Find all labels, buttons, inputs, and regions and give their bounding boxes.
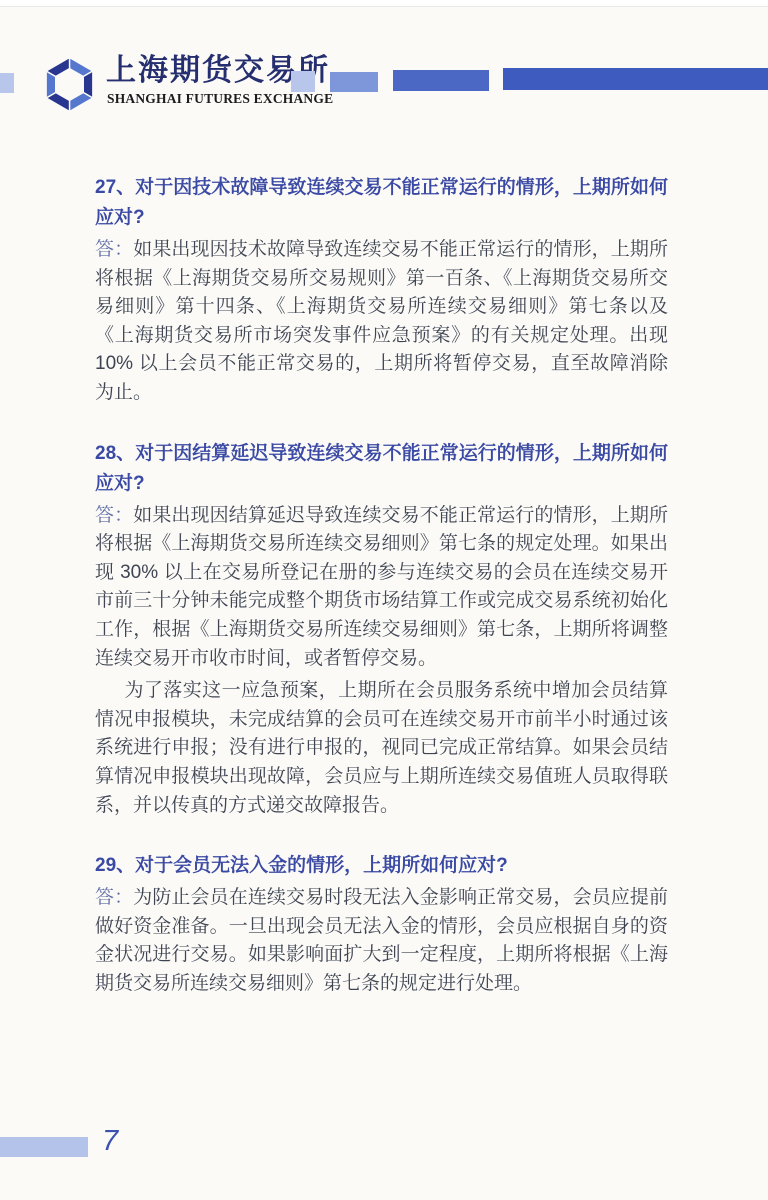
deco-square-light (291, 71, 315, 92)
page-number: 7 (102, 1124, 118, 1158)
deco-bar-long (503, 68, 768, 90)
answer-label: 答： (95, 505, 133, 526)
answer-paragraph: 答：为防止会员在连续交易时段无法入金影响正常交易，会员应提前做好资金准备。一旦出… (95, 884, 668, 998)
page-top-edge (0, 0, 768, 7)
question-heading: 27、对于因技术故障导致连续交易不能正常运行的情形，上期所如何应对? (95, 173, 668, 233)
faq-list: 27、对于因技术故障导致连续交易不能正常运行的情形，上期所如何应对?答：如果出现… (95, 173, 668, 1029)
footer-deco-bar (0, 1137, 88, 1157)
faq-section: 29、对于会员无法入金的情形，上期所如何应对?答：为防止会员在连续交易时段无法入… (95, 851, 668, 998)
faq-section: 28、对于因结算延迟导致连续交易不能正常运行的情形，上期所如何应对?答：如果出现… (95, 439, 668, 821)
deco-edge-square (0, 73, 14, 93)
answer-paragraph: 答：如果出现因结算延迟导致连续交易不能正常运行的情形，上期所将根据《上海期货交易… (95, 502, 668, 674)
shfe-logo-icon (42, 55, 97, 114)
deco-square-medium (330, 72, 378, 92)
faq-section: 27、对于因技术故障导致连续交易不能正常运行的情形，上期所如何应对?答：如果出现… (95, 173, 668, 408)
answer-label: 答： (95, 239, 133, 260)
answer-label: 答： (95, 887, 133, 908)
deco-rect-strong (393, 70, 489, 91)
scanned-document-page: 上海期货交易所 SHANGHAI FUTURES EXCHANGE 27、对于因… (0, 0, 768, 1200)
answer-paragraph: 为了落实这一应急预案，上期所在会员服务系统中增加会员结算情况申报模块，未完成结算… (95, 677, 668, 820)
question-heading: 28、对于因结算延迟导致连续交易不能正常运行的情形，上期所如何应对? (95, 439, 668, 499)
brand-title-english: SHANGHAI FUTURES EXCHANGE (107, 91, 367, 107)
question-heading: 29、对于会员无法入金的情形，上期所如何应对? (95, 851, 668, 881)
answer-paragraph: 答：如果出现因技术故障导致连续交易不能正常运行的情形，上期所将根据《上海期货交易… (95, 236, 668, 408)
